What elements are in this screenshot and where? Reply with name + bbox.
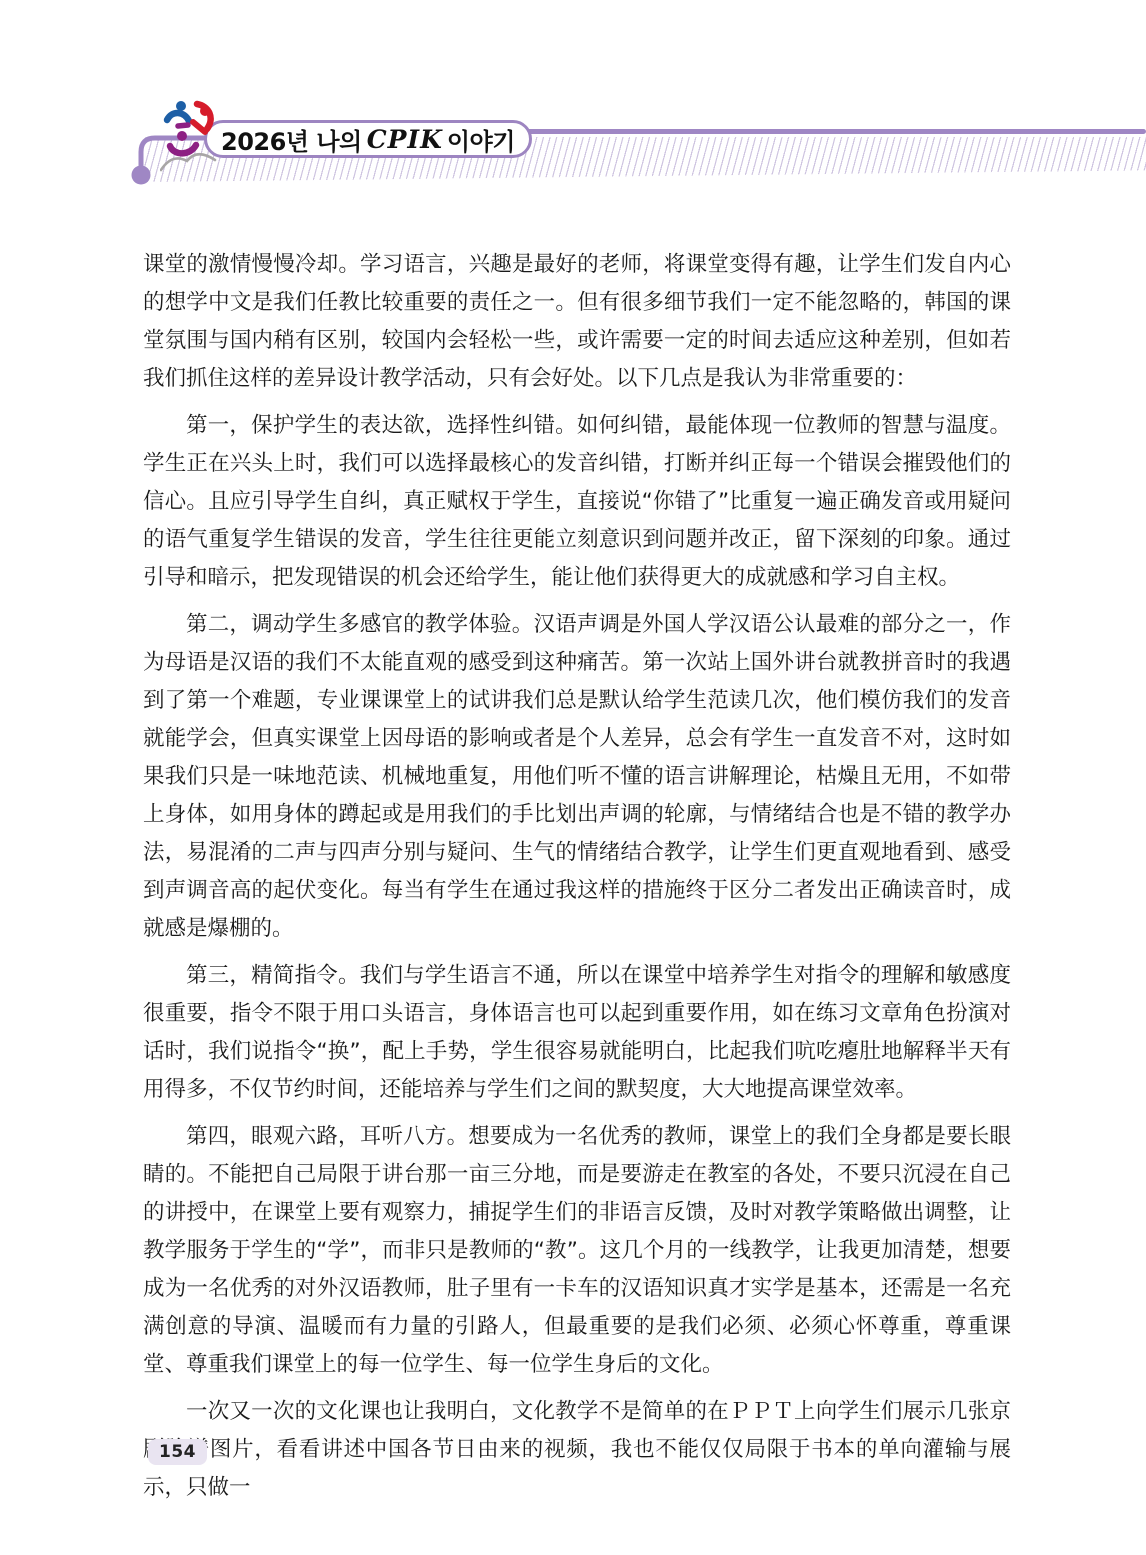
header-title-suffix: 이야기 bbox=[447, 122, 515, 157]
paragraph: 第三，精简指令。我们与学生语言不通，所以在课堂中培养学生对指令的理解和敏感度很重… bbox=[143, 957, 1011, 1109]
paragraph: 第二，调动学生多感官的教学体验。汉语声调是外国人学汉语公认最难的部分之一，作为母… bbox=[143, 606, 1011, 948]
paragraph: 第四，眼观六路，耳听八方。想要成为一名优秀的教师，课堂上的我们全身都是要长眼睛的… bbox=[143, 1118, 1011, 1384]
essay-body: 课堂的激情慢慢冷却。学习语言，兴趣是最好的老师，将课堂变得有趣，让学生们发自内心… bbox=[143, 246, 1011, 1516]
paragraph: 第一，保护学生的表达欲，选择性纠错。如何纠错，最能体现一位教师的智慧与温度。学生… bbox=[143, 407, 1011, 597]
header-rule-line bbox=[425, 129, 1146, 134]
header-title-brand: CPIK bbox=[367, 125, 443, 154]
header-title-pill: 2026년 나의CPIK이야기 bbox=[204, 120, 532, 158]
cpik-people-logo-icon bbox=[160, 98, 224, 180]
page-header: 2026년 나의CPIK이야기 bbox=[0, 0, 1146, 235]
page-number: 154 bbox=[159, 1442, 196, 1462]
header-title-year: 2026년 나의 bbox=[221, 122, 362, 157]
paragraph: 课堂的激情慢慢冷却。学习语言，兴趣是最好的老师，将课堂变得有趣，让学生们发自内心… bbox=[143, 246, 1011, 398]
paragraph: 一次又一次的文化课也让我明白，文化教学不是简单的在ＰＰＴ上向学生们展示几张京剧脸… bbox=[143, 1393, 1011, 1507]
page-number-badge: 154 bbox=[148, 1439, 207, 1465]
